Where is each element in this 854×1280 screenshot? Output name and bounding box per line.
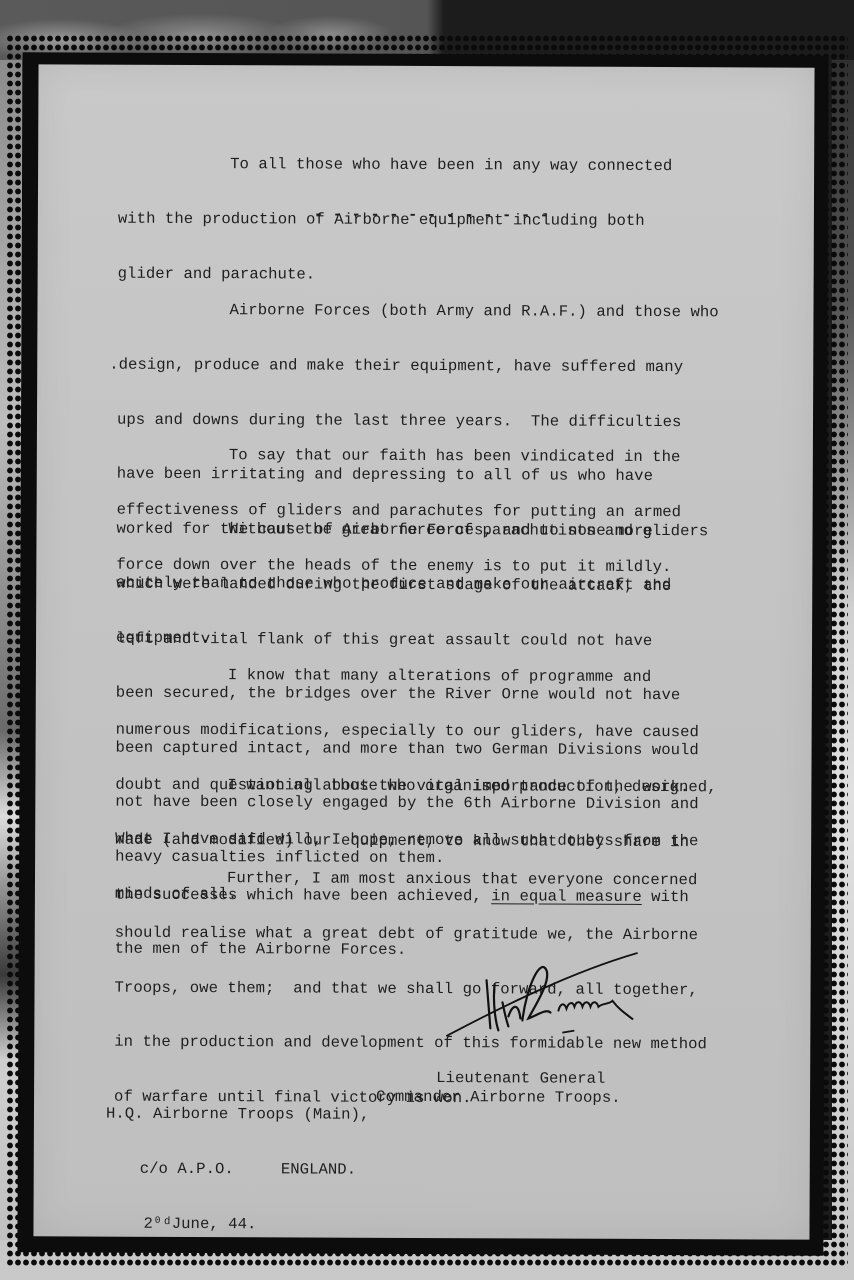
sender-line: H.Q. Airborne Troops (Main), <box>106 1105 369 1124</box>
text-line: To say that our faith has been vindicate… <box>117 446 682 467</box>
handwritten-signature-icon <box>442 946 662 1047</box>
photograph-scene: To all those who have been in any way co… <box>0 0 854 1280</box>
dashed-divider: - - - - - - - - - - - - - <box>314 206 549 225</box>
text-line: which were landed during the first stage… <box>116 575 708 596</box>
sender-line: c/o A.P.O. ENGLAND. <box>106 1160 369 1179</box>
letter-page: To all those who have been in any way co… <box>33 64 814 1239</box>
sender-block: H.Q. Airborne Troops (Main), c/o A.P.O. … <box>105 1069 369 1270</box>
addressee-line: To all those who have been in any way co… <box>118 155 672 176</box>
text-line: should realise what a great debt of grat… <box>115 924 708 945</box>
position-line: Commander Airborne Troops. <box>376 1088 621 1107</box>
text-line: I want all those who organised productio… <box>115 776 716 797</box>
text-line: Without the great force of parachutists … <box>116 520 708 541</box>
date-line: 2⁰ᵈJune, 44. <box>105 1214 368 1233</box>
signature-position: Commander Airborne Troops. <box>376 1052 621 1144</box>
text-line: Airborne Forces (both Army and R.A.F.) a… <box>117 301 718 322</box>
text-line: I know that many alterations of programm… <box>116 666 699 687</box>
text-line: .design, produce and make their equipmen… <box>109 356 718 377</box>
text-line: numerous modifications, especially to ou… <box>116 721 699 742</box>
text-line: Further, I am most anxious that everyone… <box>115 869 708 890</box>
